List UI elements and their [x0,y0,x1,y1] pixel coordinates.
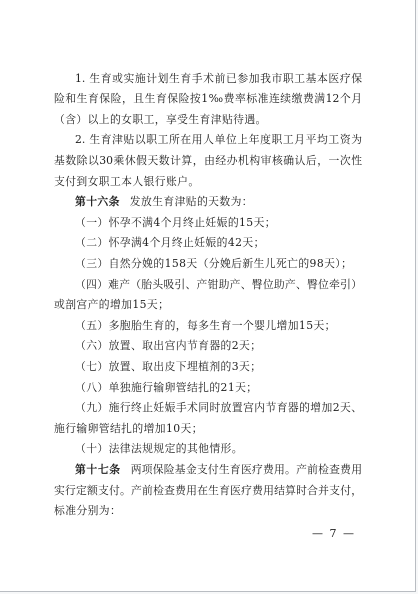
article-16-item-4-line-2: 或剖宫产的增加15天； [54,295,362,316]
article-16-item-9-line-2: 施行输卵管结扎的增加10天； [54,419,362,440]
article-17-text: 两项保险基金支付生育医疗费用。产前检查费用 [131,463,362,476]
article-17-number: 第十七条 [75,463,121,476]
article-16-item-10: （十）法律法规规定的其他情形。 [54,439,362,460]
paragraph-1-line-3: （含）以上的女职工，享受生育津贴待遇。 [54,110,362,131]
article-16-item-7: （七）放置、取出皮下埋植剂的3天； [54,357,362,378]
paragraph-1-line-1: 1. 生育或实施计划生育手术前已参加我市职工基本医疗保 [54,69,362,90]
article-16-item-8: （八）单独施行输卵管结扎的21天； [54,378,362,399]
paragraph-2-line-3: 支付到女职工本人银行账户。 [54,172,362,193]
article-17-line-3: 标准分别为： [54,501,362,522]
article-16-item-1: （一）怀孕不满4个月终止妊娠的15天； [54,213,362,234]
article-17-line-1: 第十七条两项保险基金支付生育医疗费用。产前检查费用 [54,460,362,481]
page-number: — 7 — [310,526,356,542]
paragraph-2-line-2: 基数除以30乘休假天数计算，由经办机构审核确认后，一次性 [54,151,362,172]
article-16-item-5: （五）多胞胎生育的，每多生育一个婴儿增加15天； [54,316,362,337]
document-body: 1. 生育或实施计划生育手术前已参加我市职工基本医疗保 险和生育保险，且生育保险… [54,69,362,522]
article-16-item-4-line-1: （四）难产（胎头吸引、产钳助产、臀位助产、臀位牵引） [54,275,362,296]
article-17-line-2: 实行定额支付。产前检查费用在生育医疗费用结算时合并支付， [54,481,362,502]
article-16-item-6: （六）放置、取出宫内节育器的2天； [54,336,362,357]
paragraph-2-line-1: 2. 生育津贴以职工所在用人单位上年度职工月平均工资为 [54,130,362,151]
article-16-number: 第十六条 [75,195,120,208]
article-16-text: 发放生育津贴的天数为： [130,195,253,208]
paragraph-1-line-2: 险和生育保险，且生育保险按1‰费率标准连续缴费满12个月 [54,89,362,110]
article-16-item-3: （三）自然分娩的158天（分娩后新生儿死亡的98天）； [54,254,362,275]
document-page: 1. 生育或实施计划生育手术前已参加我市职工基本医疗保 险和生育保险，且生育保险… [0,0,416,592]
article-16-item-2: （二）怀孕满4个月终止妊娠的42天； [54,233,362,254]
article-16-item-9-line-1: （九）施行终止妊娠手术同时放置宫内节育器的增加2天、 [54,398,362,419]
article-16-heading: 第十六条发放生育津贴的天数为： [54,192,362,213]
